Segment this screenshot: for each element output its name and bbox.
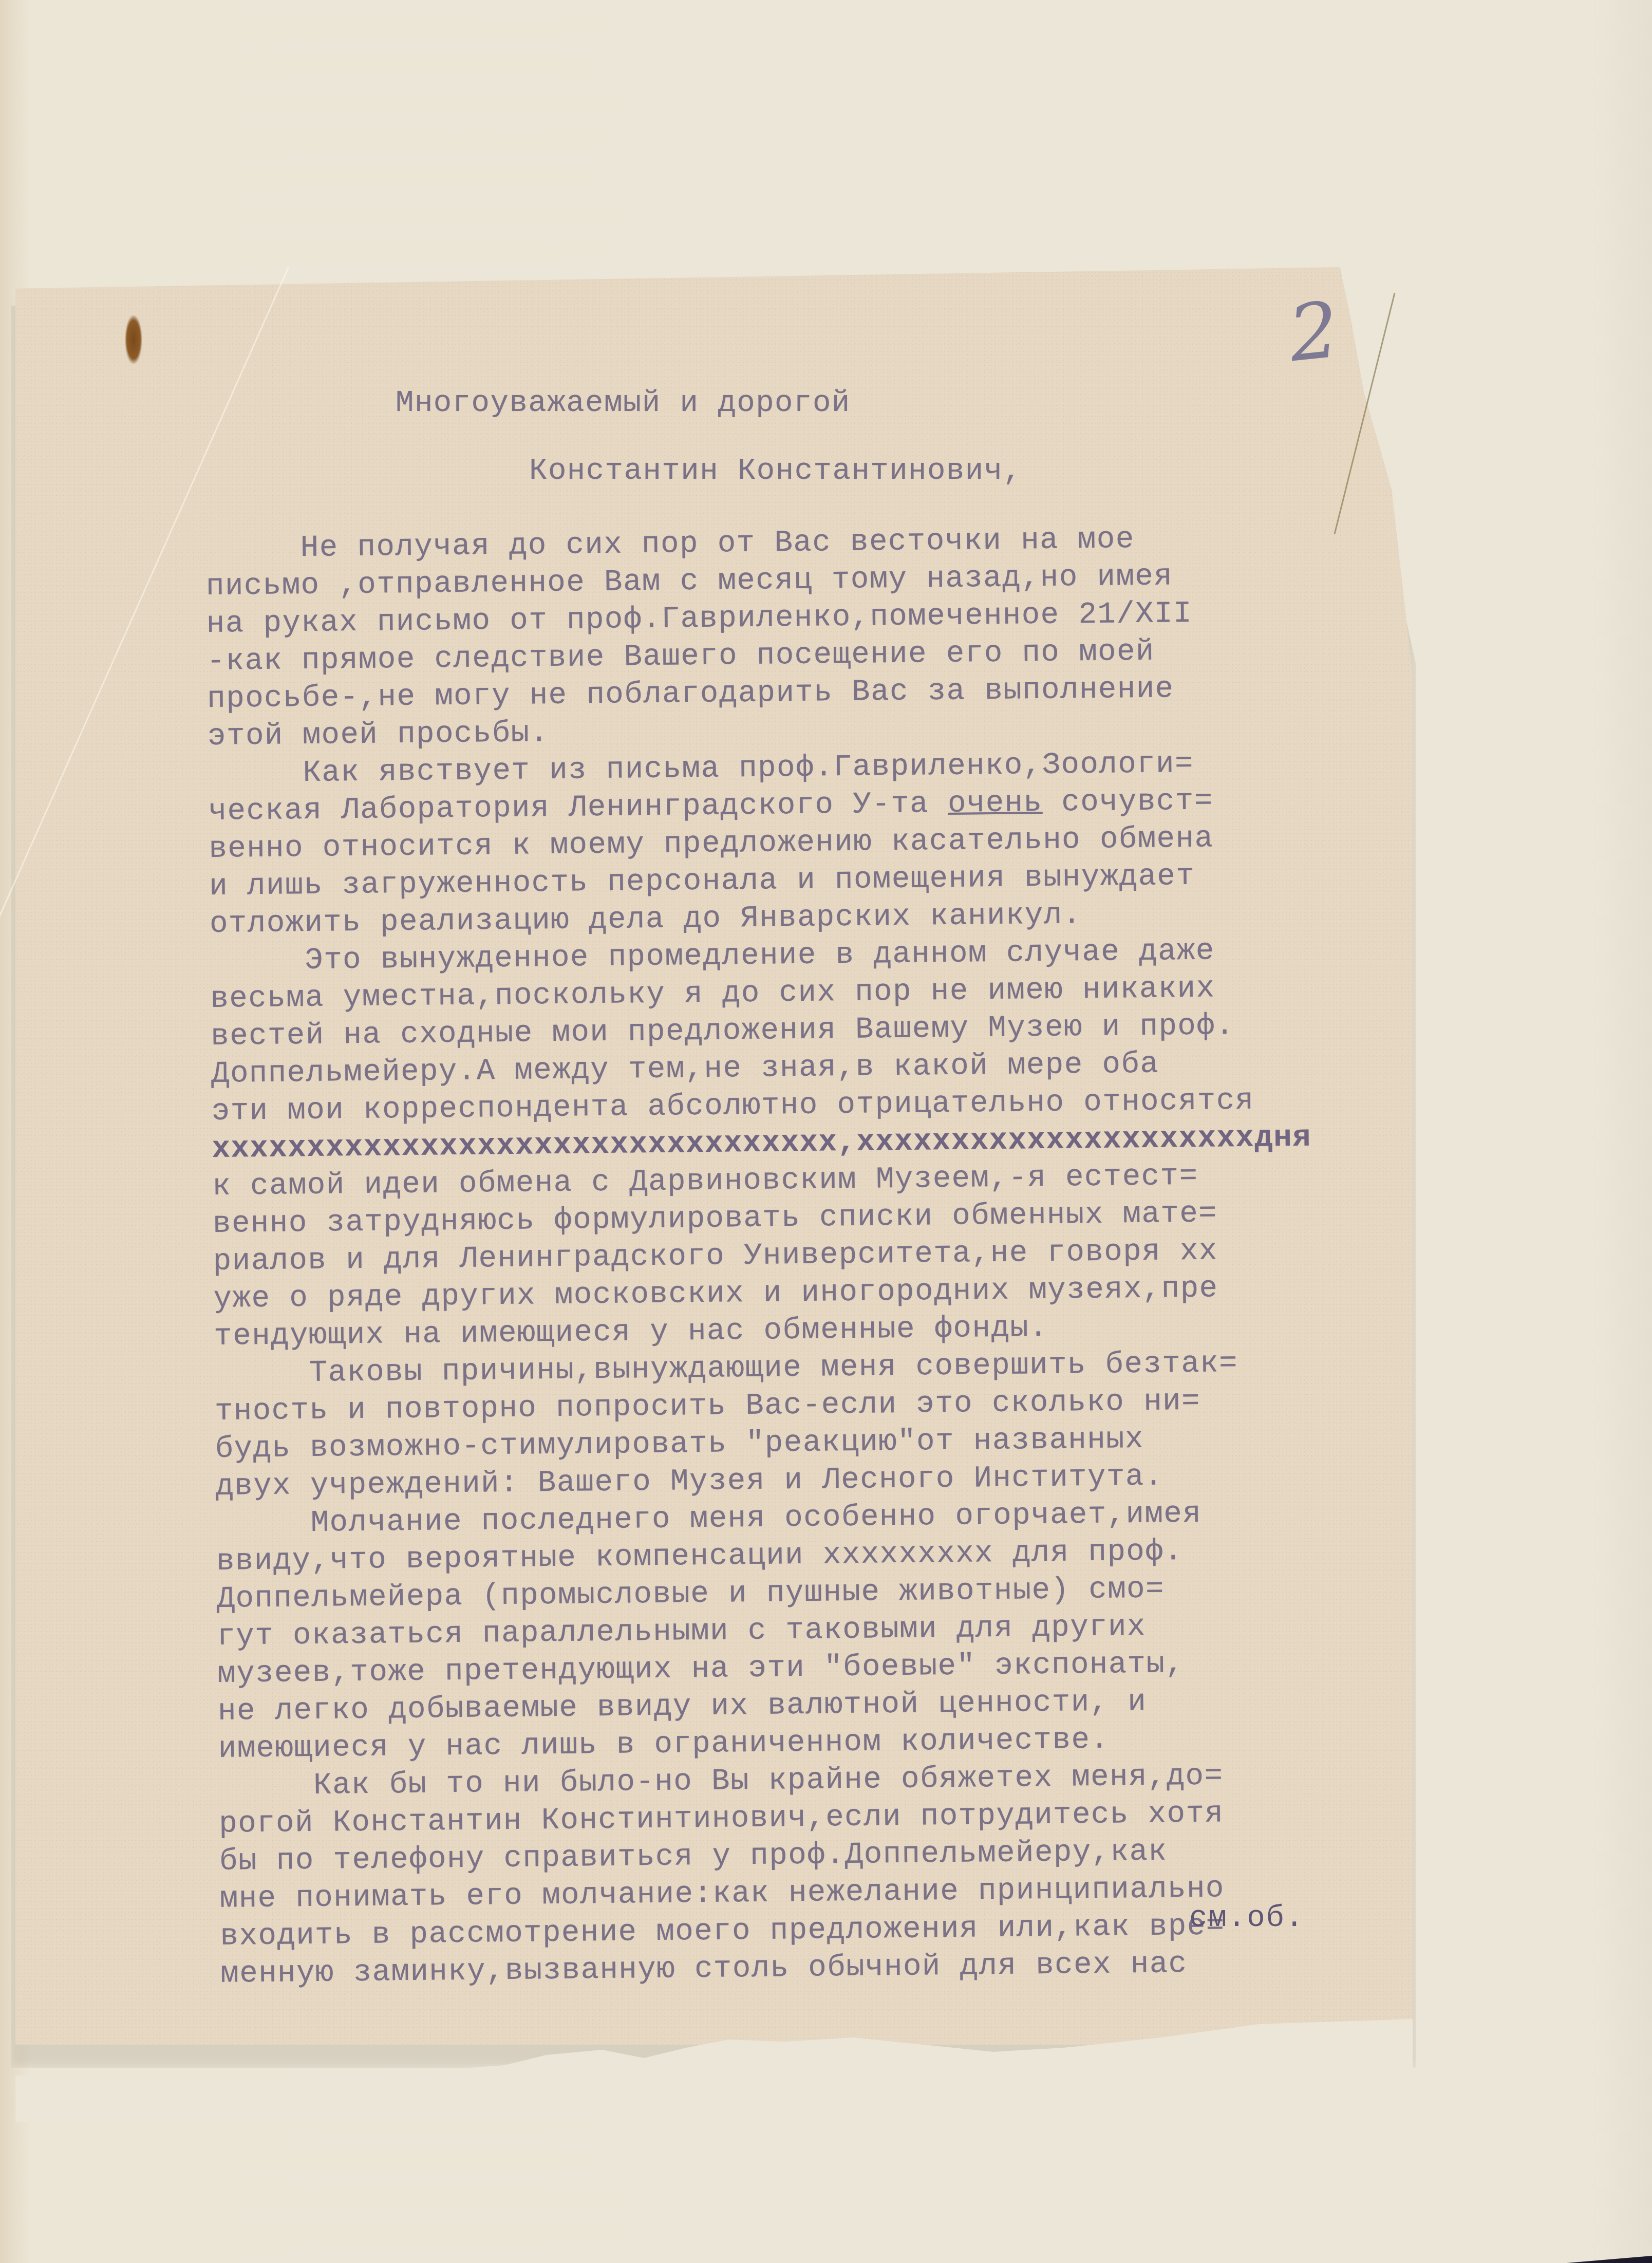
continuation-note: см.об. [1189, 1901, 1304, 1935]
punch-hole-icon [125, 315, 142, 364]
folio-number: 2 [1285, 286, 1340, 379]
letter-body: Не получая до сих пор от Вас весточки на… [205, 519, 1320, 1993]
underlined-word: очень [948, 785, 1043, 821]
salutation-line-1: Многоуважаемый и дорогой [396, 384, 851, 422]
salutation-line-2: Константин Константинович, [529, 452, 1022, 490]
